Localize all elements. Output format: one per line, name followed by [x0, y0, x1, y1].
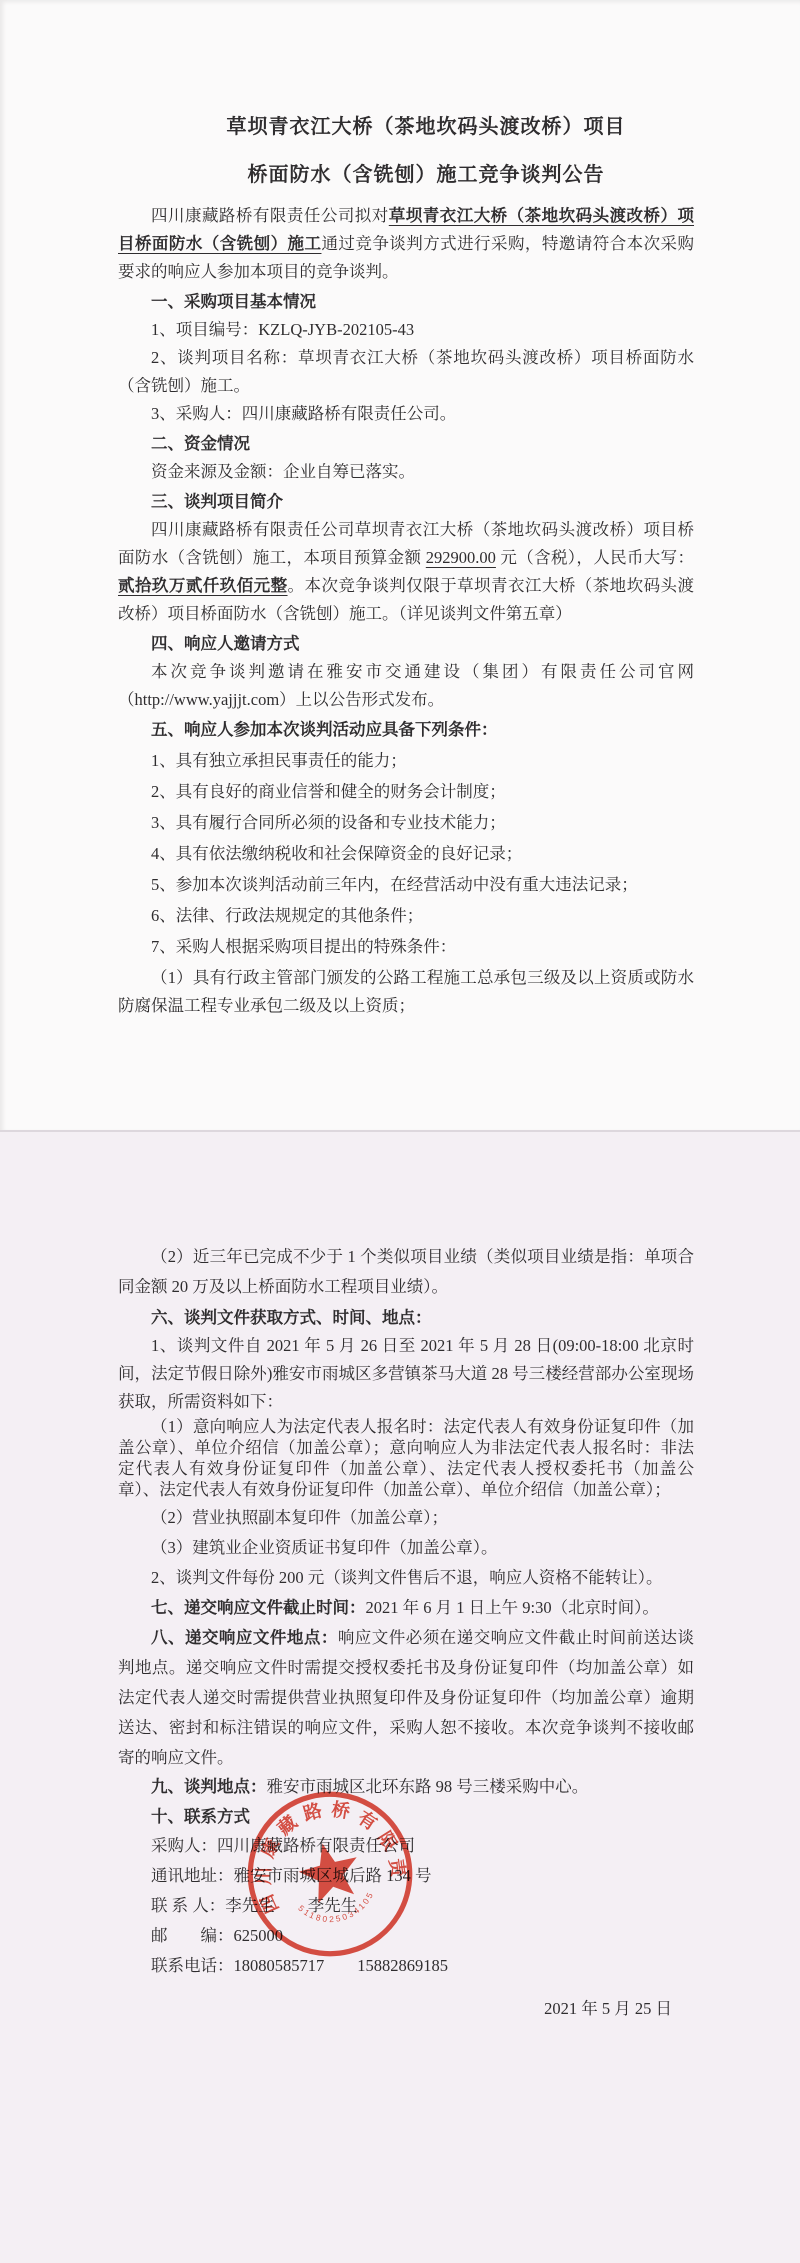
list-item: 1、项目编号：KZLQ-JYB-202105-43: [118, 316, 694, 344]
list-item: 3、采购人：四川康藏路桥有限责任公司。: [118, 400, 694, 428]
document-scan: 草坝青衣江大桥（茶地坎码头渡改桥）项目 桥面防水（含铣刨）施工竞争谈判公告 四川…: [0, 0, 800, 2263]
intro-paragraph: 四川康藏路桥有限责任公司拟对草坝青衣江大桥（茶地坎码头渡改桥）项目桥面防水（含铣…: [118, 202, 694, 286]
doc-title-line2: 桥面防水（含铣刨）施工竞争谈判公告: [118, 160, 694, 190]
list-item: 2、具有良好的商业信誉和健全的财务会计制度；: [118, 778, 694, 806]
doc-title-line1: 草坝青衣江大桥（茶地坎码头渡改桥）项目: [118, 112, 694, 142]
section-2-heading: 二、资金情况: [118, 430, 694, 458]
contact-phone: 联系电话：18080585717 15882869185: [118, 1951, 694, 1981]
list-item: （1）具有行政主管部门颁发的公路工程施工总承包三级及以上资质或防水防腐保温工程专…: [118, 964, 694, 1020]
section-7-heading: 七、递交响应文件截止时间：: [151, 1599, 366, 1617]
list-item: 2、谈判文件每份 200 元（谈判文件售后不退，响应人资格不能转让）。: [118, 1563, 694, 1593]
submission-place-text: 响应文件必须在递交响应文件截止时间前送达谈判地点。递交响应文件时需提交授权委托书…: [118, 1628, 694, 1767]
section-4-heading: 四、响应人邀请方式: [118, 630, 694, 658]
section-9-heading: 九、谈判地点：: [151, 1778, 267, 1796]
deadline-text: 2021 年 6 月 1 日上午 9:30（北京时间）。: [366, 1598, 659, 1617]
seal-serial-text: 5118025034105: [295, 1886, 380, 1933]
section-1-heading: 一、采购项目基本情况: [118, 288, 694, 316]
page-2: （2）近三年已完成不少于 1 个类似项目业绩（类似项目业绩是指：单项合同金额 2…: [0, 1130, 800, 2263]
stamp-star-icon: [293, 1836, 365, 1906]
budget-amount: 292900.00: [426, 548, 496, 567]
list-item: 1、具有独立承担民事责任的能力；: [118, 747, 694, 775]
section-7-line: 七、递交响应文件截止时间：2021 年 6 月 1 日上午 9:30（北京时间）…: [118, 1593, 694, 1623]
project-brief-paragraph: 四川康藏路桥有限责任公司草坝青衣江大桥（茶地坎码头渡改桥）项目桥面防水（含铣刨）…: [118, 516, 694, 628]
section-3-heading: 三、谈判项目简介: [118, 488, 694, 516]
announcement-date: 2021 年 5 月 25 日: [118, 1995, 694, 2023]
section-8-paragraph: 八、递交响应文件地点：响应文件必须在递交响应文件截止时间前送达谈判地点。递交响应…: [118, 1623, 694, 1773]
list-item: （1）意向响应人为法定代表人报名时：法定代表人有效身份证复印件（加盖公章）、单位…: [118, 1416, 694, 1500]
section-8-heading: 八、递交响应文件地点：: [151, 1629, 338, 1647]
brief-mid: 元（含税），人民币大写：: [496, 548, 694, 567]
invitation-paragraph: 本次竞争谈判邀请在雅安市交通建设（集团）有限责任公司官网（http://www.…: [118, 658, 694, 714]
list-item: 5、参加本次谈判活动前三年内，在经营活动中没有重大违法记录；: [118, 871, 694, 899]
page-1: 草坝青衣江大桥（茶地坎码头渡改桥）项目 桥面防水（含铣刨）施工竞争谈判公告 四川…: [0, 0, 800, 1130]
intro-pre: 四川康藏路桥有限责任公司拟对: [151, 206, 389, 225]
budget-amount-chinese: 贰拾玖万贰仟玖佰元整: [118, 576, 288, 595]
section-6-heading: 六、谈判文件获取方式、时间、地点：: [118, 1304, 694, 1332]
funding-source-line: 资金来源及金额：企业自筹已落实。: [118, 458, 694, 486]
list-item: 3、具有履行合同所必须的设备和专业技术能力；: [118, 809, 694, 837]
list-item: 4、具有依法缴纳税收和社会保障资金的良好记录；: [118, 840, 694, 868]
list-item: 7、采购人根据采购项目提出的特殊条件：: [118, 933, 694, 961]
section-9-line: 九、谈判地点：雅安市雨城区北环东路 98 号三楼采购中心。: [118, 1773, 694, 1801]
list-item: 1、谈判文件自 2021 年 5 月 26 日至 2021 年 5 月 28 日…: [118, 1332, 694, 1416]
list-item: （2）营业执照副本复印件（加盖公章）；: [118, 1503, 694, 1533]
list-item: 6、法律、行政法规规定的其他条件；: [118, 902, 694, 930]
list-item: （3）建筑业企业资质证书复印件（加盖公章）。: [118, 1533, 694, 1563]
list-item: （2）近三年已完成不少于 1 个类似项目业绩（类似项目业绩是指：单项合同金额 2…: [118, 1242, 694, 1302]
section-5-heading: 五、响应人参加本次谈判活动应具备下列条件：: [118, 716, 694, 744]
list-item: 2、谈判项目名称：草坝青衣江大桥（茶地坎码头渡改桥）项目桥面防水（含铣刨）施工。: [118, 344, 694, 400]
